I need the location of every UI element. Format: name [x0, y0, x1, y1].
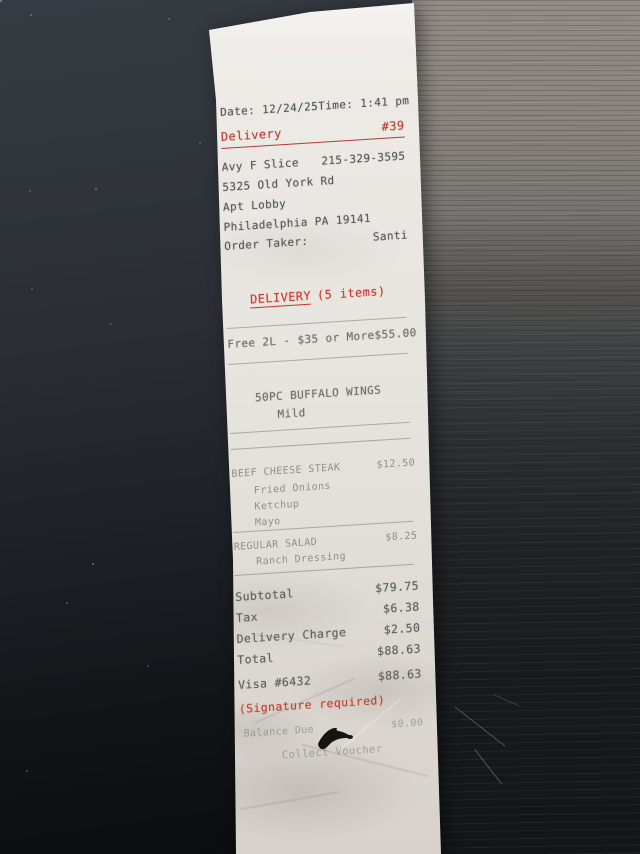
divider [227, 317, 407, 329]
modifier-text: Ketchup [254, 499, 299, 513]
divider [230, 422, 410, 434]
item-price: $12.50 [376, 457, 415, 470]
totals-row-total: Total $88.63 [237, 641, 421, 667]
total-label: Delivery Charge [236, 625, 346, 646]
address-line1: 5325 Old York Rd [222, 174, 335, 194]
address-line3: Philadelphia PA 19141 [223, 212, 371, 234]
total-label: Total [237, 651, 274, 667]
time-field: Time:1:41 pm [318, 94, 410, 113]
paper-hole [314, 722, 356, 756]
banner-item-count: (5 items) [317, 284, 386, 302]
modifier-text: Mild [277, 406, 305, 421]
order-type: Delivery [221, 126, 282, 144]
photo-scene: Date:12/24/25 Time:1:41 pm Delivery #39 … [0, 0, 640, 854]
modifier-text: Ranch Dressing [256, 551, 346, 568]
receipt-paper: Date:12/24/25 Time:1:41 pm Delivery #39 … [0, 0, 640, 854]
total-amount: $2.50 [383, 620, 420, 636]
order-taker-label: Order Taker: [224, 235, 309, 253]
payment-method: Visa #6432 [238, 673, 312, 692]
total-amount: $6.38 [383, 599, 420, 615]
balance-amount: $0.00 [391, 717, 423, 730]
item-price: $8.25 [385, 530, 417, 543]
date-field: Date:12/24/25 [220, 100, 319, 119]
modifier-text: Fried Onions [254, 481, 331, 497]
modifier-text: Mayo [255, 516, 281, 529]
time-value: 1:41 pm [360, 94, 409, 110]
receipt-line-ordertype: Delivery #39 [221, 118, 405, 149]
address-line2: Apt Lobby [223, 197, 286, 214]
order-taker-value: Santi [373, 228, 408, 243]
item-name: 50PC BUFFALO WINGS [255, 383, 382, 404]
total-amount: $79.75 [375, 578, 419, 595]
promo-name: Free 2L - $35 or More [227, 329, 375, 351]
divider [231, 438, 411, 450]
payment-amount: $88.63 [378, 666, 422, 683]
order-number: #39 [381, 118, 404, 133]
date-value: 12/24/25 [262, 100, 318, 117]
divider [228, 353, 408, 365]
store-phone: 215-329-3595 [321, 149, 406, 167]
item-name: REGULAR SALAD [234, 537, 318, 553]
store-name: Avy F Slice [222, 156, 300, 174]
receipt-line-promo: Free 2L - $35 or More $55.00 [227, 326, 411, 351]
date-label: Date: [220, 104, 255, 119]
time-label: Time: [318, 98, 353, 113]
total-label: Tax [236, 610, 258, 625]
receipt-banner: DELIVERY (5 items) [226, 282, 410, 310]
total-label: Subtotal [235, 586, 294, 604]
banner-title: DELIVERY [250, 289, 311, 309]
receipt-line-datetime: Date:12/24/25 Time:1:41 pm [220, 94, 404, 119]
total-amount: $88.63 [377, 641, 421, 658]
item-name: BEEF CHEESE STEAK [231, 462, 340, 480]
balance-label: Balance Due [239, 724, 314, 740]
promo-price: $55.00 [374, 326, 416, 342]
receipt-paper-wrap: Date:12/24/25 Time:1:41 pm Delivery #39 … [0, 0, 640, 854]
